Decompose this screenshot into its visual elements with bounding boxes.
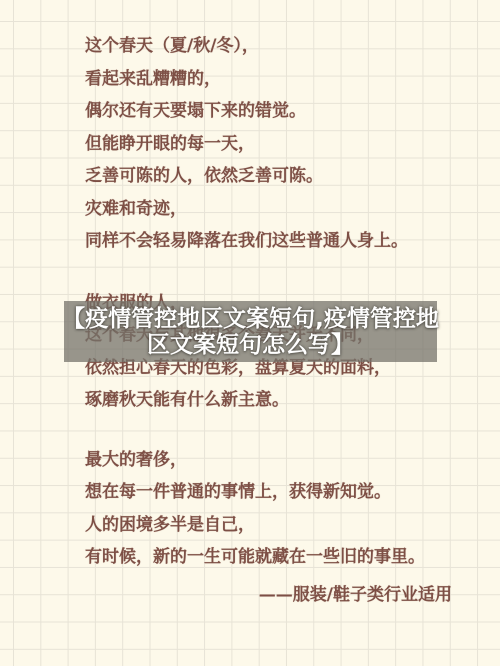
watermark-text-line1: 【疫情管控地区文案短句,疫情管控地 bbox=[62, 306, 439, 332]
attribution-line: ——服装/鞋子类行业适用 bbox=[85, 579, 470, 612]
stanza-1: 这个春天（夏/秋/冬）， 看起来乱糟糟的， 偶尔还有天要塌下来的错觉。 但能睁开… bbox=[85, 30, 470, 258]
poem-line: 人的困境多半是自己， bbox=[85, 509, 470, 542]
poem-line: 灾难和奇迹， bbox=[85, 193, 470, 226]
poem-line: 有时候，新的一生可能就藏在一些旧的事里。 bbox=[85, 541, 470, 574]
poem-line: 这个春天（夏/秋/冬）， bbox=[85, 30, 470, 63]
poem-line: 想在每一件普通的事情上，获得新知觉。 bbox=[85, 476, 470, 509]
poem-line: 但能睁开眼的每一天， bbox=[85, 128, 470, 161]
poem-line: 琢磨秋天能有什么新主意。 bbox=[85, 384, 470, 417]
poem-line: 乏善可陈的人，依然乏善可陈。 bbox=[85, 160, 470, 193]
watermark-text-line2: 区文案短句怎么写】 bbox=[147, 332, 354, 358]
poem-line: 看起来乱糟糟的， bbox=[85, 63, 470, 96]
stanza-3: 最大的奢侈， 想在每一件普通的事情上，获得新知觉。 人的困境多半是自己， 有时候… bbox=[85, 444, 470, 574]
quote-card: { "card": { "colors": { "background": "#… bbox=[0, 0, 500, 666]
watermark-overlay: 【疫情管控地区文案短句,疫情管控地 区文案短句怎么写】 bbox=[64, 301, 437, 362]
poem-line: 最大的奢侈， bbox=[85, 444, 470, 477]
poem-line: 同样不会轻易降落在我们这些普通人身上。 bbox=[85, 225, 470, 258]
poem-line: 偶尔还有天要塌下来的错觉。 bbox=[85, 95, 470, 128]
